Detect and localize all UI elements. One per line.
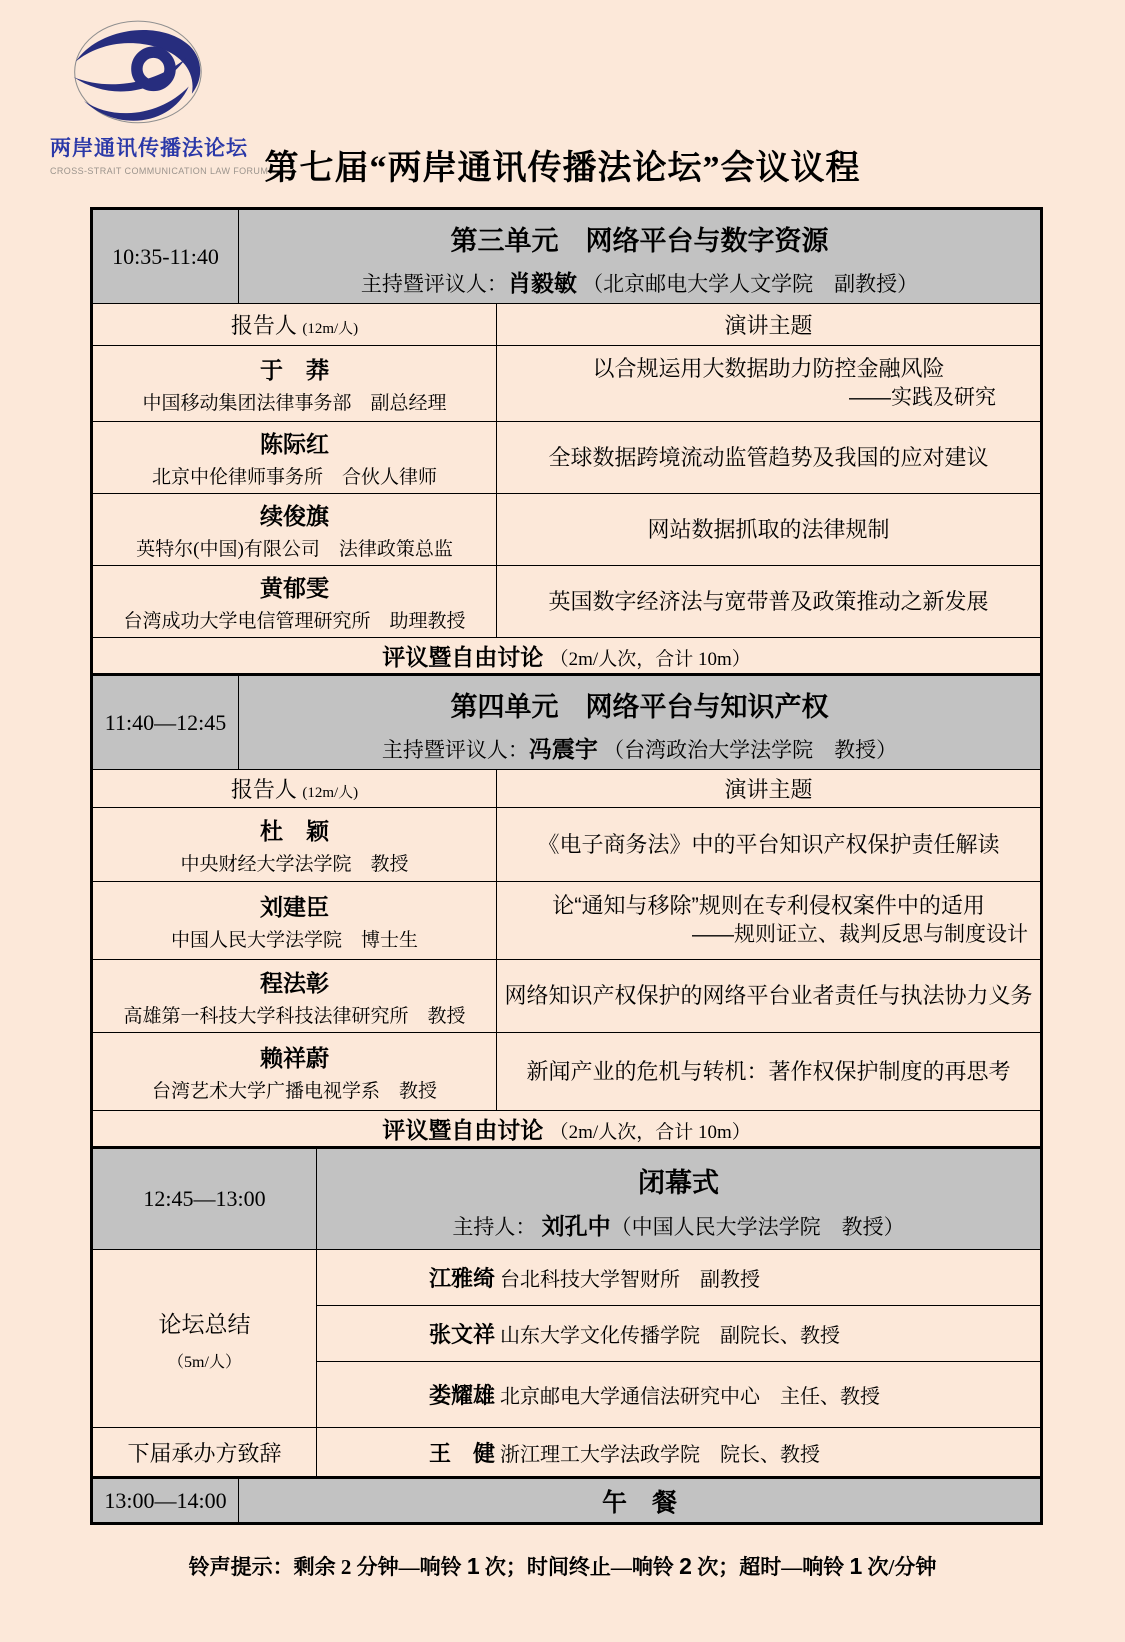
summary-label-cell: 论坛总结 （5m/人） (92, 1250, 317, 1428)
speaker-affiliation: 台湾艺术大学广播电视学系 教授 (93, 1073, 496, 1107)
speaker-affiliation: 山东大学文化传播学院 副院长、教授 (500, 1325, 840, 1347)
footer-text: 剩余 2 分钟—响铃 (294, 1555, 467, 1579)
table-row: 杜 颖 中央财经大学法学院 教授 《电子商务法》中的平台知识产权保护责任解读 (92, 808, 1042, 882)
speaker-cell: 于 莽 中国移动集团法律事务部 副总经理 (92, 346, 497, 422)
speaker-name: 于 莽 (93, 348, 496, 385)
discussion-cell: 评议暨自由讨论 （2m/人次，合计 10m） (92, 638, 1042, 675)
bell-count: 1 (849, 1553, 862, 1579)
speakers-col-label: 报告人 (231, 313, 297, 338)
speaker-name: 刘建臣 (93, 885, 496, 922)
forum-logo: 两岸通讯传播法论坛 CROSS-STRAIT COMMUNICATION LAW… (50, 18, 250, 176)
speaker-name: 续俊旗 (93, 494, 496, 531)
talk-topic: 全球数据跨境流动监管趋势及我国的应对建议 (497, 422, 1042, 494)
speaker-cell: 刘建臣 中国人民大学法学院 博士生 (92, 882, 497, 960)
speaker-name: 张文祥 (429, 1322, 495, 1347)
topic-col-label: 演讲主题 (725, 777, 813, 802)
discussion-note: （2m/人次，合计 10m） (550, 649, 751, 670)
speakers-col-header: 报告人 (12m/人) (92, 304, 497, 346)
speakers-col-label: 报告人 (231, 777, 297, 802)
speaker-cell: 杜 颖 中央财经大学法学院 教授 (92, 808, 497, 882)
session2-chair-line: 主持暨评议人：冯震宇 （台湾政治大学法学院 教授） (239, 724, 1040, 769)
speaker-affiliation: 中国人民大学法学院 博士生 (93, 922, 496, 956)
talk-topic-line1: 以合规运用大数据助力防控金融风险 (593, 356, 945, 381)
speaker-name: 江雅绮 (429, 1266, 495, 1291)
discussion-row: 评议暨自由讨论 （2m/人次，合计 10m） (92, 638, 1042, 675)
summary-speaker: 江雅绮 台北科技大学智财所 副教授 (317, 1250, 1042, 1306)
speaker-affiliation: 英特尔(中国)有限公司 法律政策总监 (93, 531, 496, 565)
table-row: 程法彰 高雄第一科技大学科技法律研究所 教授 网络知识产权保护的网络平台业者责任… (92, 960, 1042, 1033)
session2-time: 11:40—12:45 (92, 675, 239, 770)
talk-topic-line1: 论“通知与移除”规则在专利侵权案件中的适用 (552, 893, 985, 918)
speaker-cell: 黄郁雯 台湾成功大学电信管理研究所 助理教授 (92, 566, 497, 638)
talk-topic: 新闻产业的危机与转机：著作权保护制度的再思考 (497, 1033, 1042, 1111)
topic-col-label: 演讲主题 (725, 313, 813, 338)
speaker-affiliation: 台湾成功大学电信管理研究所 助理教授 (93, 603, 496, 637)
speaker-cell: 程法彰 高雄第一科技大学科技法律研究所 教授 (92, 960, 497, 1033)
session1-chair-line: 主持暨评议人：肖毅敏 （北京邮电大学人文学院 副教授） (239, 258, 1040, 303)
table-row: 陈际红 北京中伦律师事务所 合伙人律师 全球数据跨境流动监管趋势及我国的应对建议 (92, 422, 1042, 494)
chair-affiliation: （台湾政治大学法学院 教授） (603, 738, 897, 762)
speaker-affiliation: 北京邮电大学通信法研究中心 主任、教授 (500, 1386, 880, 1408)
bell-count: 1 (467, 1553, 480, 1579)
lunch-time: 13:00—14:00 (92, 1478, 239, 1524)
logo-subtitle: CROSS-STRAIT COMMUNICATION LAW FORUM (50, 166, 250, 176)
speaker-cell: 陈际红 北京中伦律师事务所 合伙人律师 (92, 422, 497, 494)
summary-speaker: 娄耀雄 北京邮电大学通信法研究中心 主任、教授 (317, 1362, 1042, 1428)
footer-label: 铃声提示： (189, 1555, 294, 1579)
speaker-affiliation: 高雄第一科技大学科技法律研究所 教授 (93, 998, 496, 1032)
talk-topic: 英国数字经济法与宽带普及政策推动之新发展 (497, 566, 1042, 638)
session1-header-row: 10:35-11:40 第三单元 网络平台与数字资源 主持暨评议人：肖毅敏 （北… (92, 209, 1042, 304)
agenda-table: 10:35-11:40 第三单元 网络平台与数字资源 主持暨评议人：肖毅敏 （北… (90, 207, 1043, 1525)
talk-topic: 网站数据抓取的法律规制 (497, 494, 1042, 566)
topic-col-header: 演讲主题 (497, 770, 1042, 808)
session2-header-row: 11:40—12:45 第四单元 网络平台与知识产权 主持暨评议人：冯震宇 （台… (92, 675, 1042, 770)
session1-colheader-row: 报告人 (12m/人) 演讲主题 (92, 304, 1042, 346)
speaker-cell: 续俊旗 英特尔(中国)有限公司 法律政策总监 (92, 494, 497, 566)
speaker-cell: 赖祥蔚 台湾艺术大学广播电视学系 教授 (92, 1033, 497, 1111)
talk-topic: 以合规运用大数据助力防控金融风险 ——实践及研究 (497, 346, 1042, 422)
session2-title-cell: 第四单元 网络平台与知识产权 主持暨评议人：冯震宇 （台湾政治大学法学院 教授） (239, 675, 1042, 770)
discussion-cell: 评议暨自由讨论 （2m/人次，合计 10m） (92, 1111, 1042, 1148)
chair-name: 冯震宇 (529, 736, 598, 762)
speaker-name: 娄耀雄 (429, 1383, 495, 1408)
speaker-affiliation: 浙江理工大学法政学院 院长、教授 (500, 1444, 820, 1466)
speaker-name: 陈际红 (93, 422, 496, 459)
next-host-row: 下届承办方致辞 王 健 浙江理工大学法政学院 院长、教授 (92, 1428, 1042, 1478)
summary-row: 论坛总结 （5m/人） 江雅绮 台北科技大学智财所 副教授 (92, 1250, 1042, 1306)
topic-col-header: 演讲主题 (497, 304, 1042, 346)
speaker-affiliation: 中央财经大学法学院 教授 (93, 846, 496, 880)
chair-affiliation: （北京邮电大学人文学院 副教授） (582, 272, 918, 296)
footer-text: 次/分钟 (862, 1555, 936, 1579)
bell-count: 2 (679, 1553, 692, 1579)
host-prefix: 主持人： (452, 1215, 536, 1239)
talk-topic: 《电子商务法》中的平台知识产权保护责任解读 (497, 808, 1042, 882)
host-name: 刘孔中 (542, 1213, 611, 1239)
agenda-page: { "logo": { "cn_name": "两岸通讯传播法论坛", "en_… (0, 0, 1125, 1642)
discussion-label: 评议暨自由讨论 (382, 1117, 543, 1143)
chair-prefix: 主持暨评议人： (382, 738, 529, 762)
speaker-affiliation: 中国移动集团法律事务部 副总经理 (93, 385, 496, 419)
lunch-row: 13:00—14:00 午 餐 (92, 1478, 1042, 1524)
logo-title: 两岸通讯传播法论坛 (50, 132, 250, 162)
speaker-name: 赖祥蔚 (93, 1036, 496, 1073)
table-row: 刘建臣 中国人民大学法学院 博士生 论“通知与移除”规则在专利侵权案件中的适用 … (92, 882, 1042, 960)
summary-label: 论坛总结 (159, 1312, 251, 1337)
talk-topic: 网络知识产权保护的网络平台业者责任与执法协力义务 (497, 960, 1042, 1033)
speaker-name: 杜 颖 (93, 809, 496, 846)
closing-header-row: 12:45—13:00 闭幕式 主持人： 刘孔中（中国人民大学法学院 教授） (92, 1148, 1042, 1250)
summary-speaker: 张文祥 山东大学文化传播学院 副院长、教授 (317, 1306, 1042, 1362)
table-row: 赖祥蔚 台湾艺术大学广播电视学系 教授 新闻产业的危机与转机：著作权保护制度的再… (92, 1033, 1042, 1111)
speakers-col-note: (12m/人) (302, 321, 358, 337)
footer-text: 次；超时—响铃 (692, 1555, 850, 1579)
chair-name: 肖毅敏 (508, 270, 577, 296)
session2-colheader-row: 报告人 (12m/人) 演讲主题 (92, 770, 1042, 808)
closing-host-line: 主持人： 刘孔中（中国人民大学法学院 教授） (317, 1200, 1040, 1249)
speaker-affiliation: 台北科技大学智财所 副教授 (500, 1269, 760, 1291)
speaker-affiliation: 北京中伦律师事务所 合伙人律师 (93, 459, 496, 493)
discussion-note: （2m/人次，合计 10m） (550, 1122, 751, 1143)
speaker-name: 程法彰 (93, 961, 496, 998)
table-row: 续俊旗 英特尔(中国)有限公司 法律政策总监 网站数据抓取的法律规制 (92, 494, 1042, 566)
talk-topic: 论“通知与移除”规则在专利侵权案件中的适用 ——规则证立、裁判反思与制度设计 (497, 882, 1042, 960)
discussion-label: 评议暨自由讨论 (382, 644, 543, 670)
next-host-label: 下届承办方致辞 (92, 1428, 317, 1478)
speaker-name: 黄郁雯 (93, 566, 496, 603)
lunch-label: 午 餐 (239, 1478, 1042, 1524)
host-affiliation: （中国人民大学法学院 教授） (611, 1215, 905, 1239)
session1-time: 10:35-11:40 (92, 209, 239, 304)
speakers-col-note: (12m/人) (302, 785, 358, 801)
table-row: 黄郁雯 台湾成功大学电信管理研究所 助理教授 英国数字经济法与宽带普及政策推动之… (92, 566, 1042, 638)
speakers-col-header: 报告人 (12m/人) (92, 770, 497, 808)
footer-text: 次；时间终止—响铃 (480, 1555, 680, 1579)
discussion-row: 评议暨自由讨论 （2m/人次，合计 10m） (92, 1111, 1042, 1148)
session1-title: 第三单元 网络平台与数字资源 (239, 210, 1040, 258)
closing-time: 12:45—13:00 (92, 1148, 317, 1250)
logo-swoosh-icon (56, 18, 224, 130)
speaker-name: 王 健 (429, 1441, 495, 1466)
session1-title-cell: 第三单元 网络平台与数字资源 主持暨评议人：肖毅敏 （北京邮电大学人文学院 副教… (239, 209, 1042, 304)
table-row: 于 莽 中国移动集团法律事务部 副总经理 以合规运用大数据助力防控金融风险 ——… (92, 346, 1042, 422)
talk-topic-line2: ——实践及研究 (499, 384, 1038, 412)
session2-title: 第四单元 网络平台与知识产权 (239, 676, 1040, 724)
closing-title-cell: 闭幕式 主持人： 刘孔中（中国人民大学法学院 教授） (317, 1148, 1042, 1250)
footer-note: 铃声提示：剩余 2 分钟—响铃 1 次；时间终止—响铃 2 次；超时—响铃 1 … (0, 1551, 1125, 1581)
next-host-speaker: 王 健 浙江理工大学法政学院 院长、教授 (317, 1428, 1042, 1478)
chair-prefix: 主持暨评议人： (361, 272, 508, 296)
summary-note: （5m/人） (93, 1339, 316, 1372)
talk-topic-line2: ——规则证立、裁判反思与制度设计 (499, 921, 1038, 949)
closing-title: 闭幕式 (317, 1149, 1040, 1200)
